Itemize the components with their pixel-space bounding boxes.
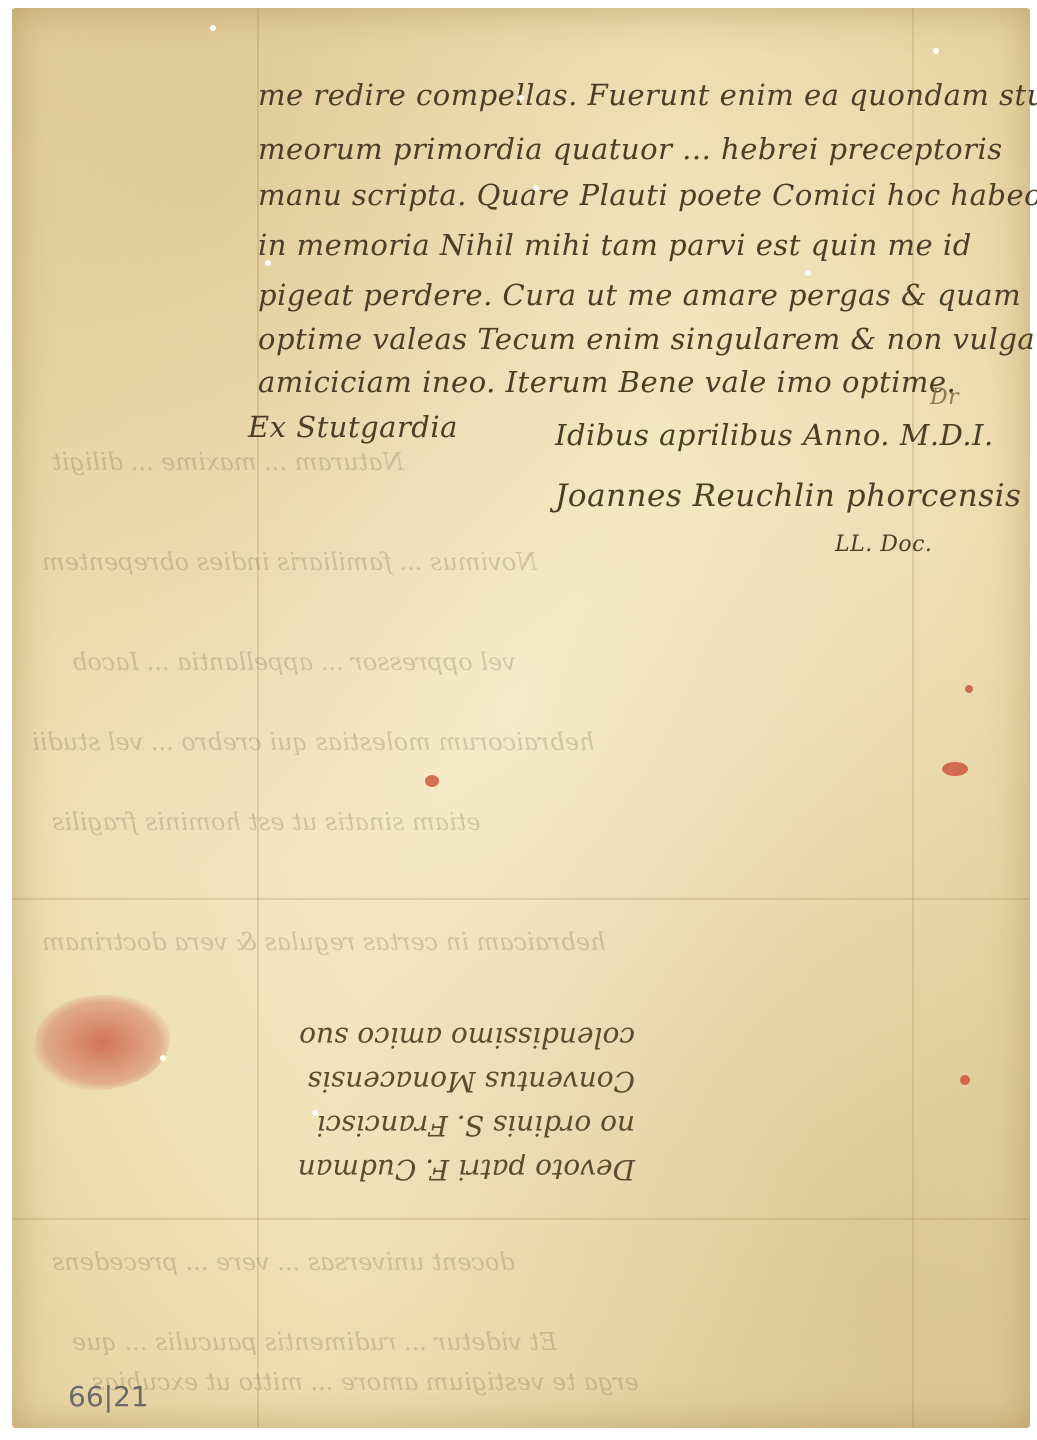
pin-hole (312, 1110, 318, 1116)
pin-hole (518, 95, 524, 101)
wax-stain (942, 762, 968, 776)
fold-line (257, 8, 259, 1428)
bleed-through-text: erga te vestigium amore ... mitto ut exc… (92, 1368, 639, 1396)
address-line: Conventus Monacensis (255, 1059, 635, 1103)
bleed-through-text: etiam sinatis ut est hominis fragilis (52, 808, 481, 836)
bleed-through-text: Novimus ... familiaris indies obrepentem (42, 548, 537, 576)
signature-title: LL. Doc. (835, 532, 932, 557)
pin-hole (933, 48, 939, 54)
letter-line: pigeat perdere. Cura ut me amare pergas … (258, 278, 1021, 312)
pin-hole (533, 185, 539, 191)
bleed-through-text: Naturam ... maxime ... diligit (52, 448, 404, 476)
letter-date: Idibus aprilibus Anno. M.D.I. (555, 418, 994, 452)
pin-hole (265, 260, 271, 266)
address-line: colendissimo amico suo (255, 1015, 635, 1059)
catalog-number: 66|21 (68, 1380, 149, 1413)
bleed-through-text: hebraicorum molestias qui crebro ... vel… (32, 728, 595, 756)
fold-line (12, 1218, 1030, 1220)
address-line: Devoto patri F. Cudman (255, 1147, 635, 1191)
pin-hole (160, 1055, 166, 1061)
manuscript-page: Naturam ... maxime ... diligit Novimus .… (12, 8, 1030, 1428)
letter-line: manu scripta. Quare Plauti poete Comici … (258, 178, 1037, 212)
letter-signature: Joannes Reuchlin phorcensis (555, 478, 1021, 514)
letter-line: in memoria Nihil mihi tam parvi est quin… (258, 228, 972, 262)
address-line: no ordinis S. Francisci (255, 1103, 635, 1147)
letter-line: amiciciam ineo. Iterum Bene vale imo opt… (258, 365, 956, 399)
bleed-through-text: hebraicam in certas regulas & vera doctr… (42, 928, 606, 956)
pin-hole (805, 270, 811, 276)
wax-stain (960, 1075, 970, 1085)
bleed-through-text: docent universas ... vere ... precedens (52, 1248, 515, 1276)
margin-note: Dr (930, 385, 959, 410)
fold-line (912, 8, 914, 1428)
letter-line: me redire compellas. Fuerunt enim ea quo… (258, 78, 1037, 112)
address-block: Devoto patri F. Cudman no ordinis S. Fra… (255, 1015, 635, 1191)
letter-place: Ex Stutgardia (248, 410, 458, 444)
letter-line: meorum primordia quatuor ... hebrei prec… (258, 132, 1003, 166)
letter-line: optime valeas Tecum enim singularem & no… (258, 322, 1037, 356)
wax-stain (965, 685, 973, 693)
wax-stain (425, 775, 439, 787)
fold-line (12, 898, 1030, 900)
pin-hole (210, 25, 216, 31)
bleed-through-text: vel oppressor ... appellantia ... Iacob (72, 648, 516, 676)
bleed-through-text: Et videtur ... rudimentis pauculis ... q… (72, 1328, 557, 1356)
